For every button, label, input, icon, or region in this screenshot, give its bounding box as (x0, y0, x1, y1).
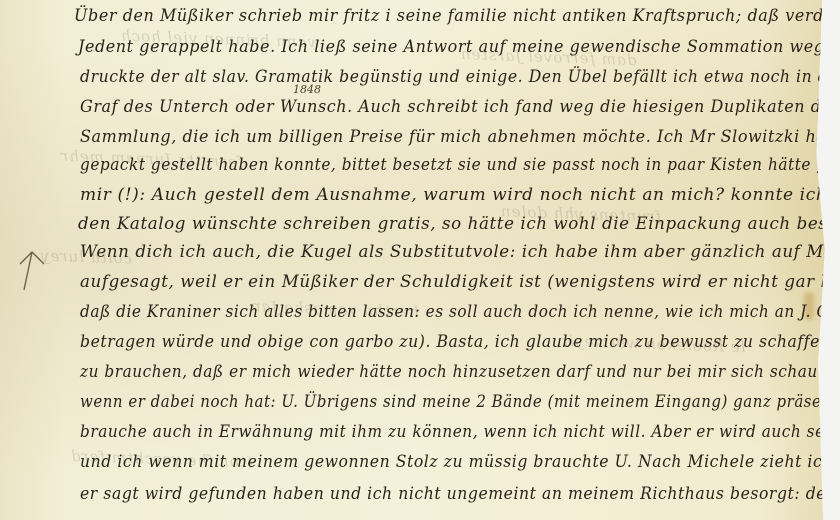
manuscript-line: Über den Müßiker schrieb mir fritz i sei… (74, 6, 840, 26)
margin-arrow-icon (18, 242, 46, 292)
manuscript-page: wann brinnen viel hoch dam ferrovel Jars… (0, 0, 828, 520)
manuscript-line: aufgesagt, weil er ein Müßiker der Schul… (80, 272, 840, 292)
manuscript-line: druckte der alt slav. Gramatik begünstig… (80, 67, 840, 87)
manuscript-line: Graf des Unterch oder Wunsch. Auch schre… (80, 97, 840, 117)
manuscript-line: brauche auch in Erwähnung mit ihm zu kön… (80, 422, 840, 442)
manuscript-line: daß die Kraniner sich alles bitten lasse… (80, 302, 840, 322)
manuscript-line: betragen würde und obige con garbo zu). … (80, 332, 840, 352)
manuscript-line: und ich wenn mit meinem gewonnen Stolz z… (80, 452, 840, 472)
manuscript-line: Wenn dich ich auch, die Kugel als Substi… (80, 242, 840, 262)
manuscript-line: gepackt gestellt haben konnte, bittet be… (80, 155, 840, 175)
manuscript-line: den Katalog wünschte schreiben gratis, s… (78, 214, 840, 234)
manuscript-line: zu brauchen, daß er mich wieder hätte no… (80, 362, 840, 382)
manuscript-line: er sagt wird gefunden haben und ich nich… (80, 484, 840, 504)
manuscript-line: wenn er dabei noch hat: U. Übrigens sind… (80, 392, 840, 412)
manuscript-line: Sammlung, die ich um billigen Preise für… (80, 127, 840, 147)
manuscript-line: Jedent gerappelt habe. Ich ließ seine An… (78, 37, 840, 57)
manuscript-line: mir (!): Auch gestell dem Ausnahme, waru… (80, 185, 840, 205)
